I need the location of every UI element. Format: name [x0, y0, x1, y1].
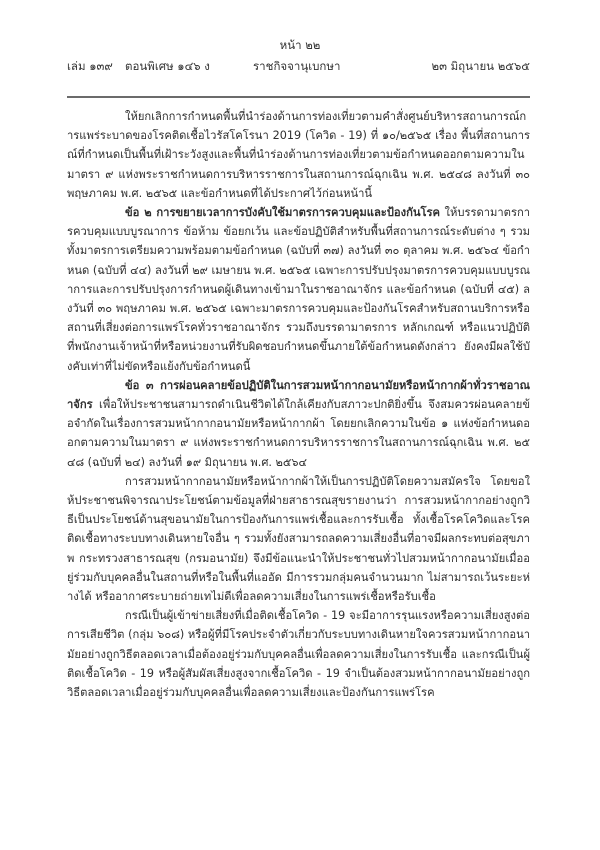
- page-number: หน้า ๒๒: [0, 37, 600, 55]
- paragraph-text: การสวมหน้ากากอนามัยหรือหน้ากากผ้าให้เป็น…: [67, 475, 530, 603]
- paragraph-text: ให้ยกเลิกการกำหนดพื้นที่นำร่องด้านการท่อ…: [67, 110, 530, 200]
- clause-3: ข้อ ๓ การผ่อนคลายข้อปฏิบัติในการสวมหน้าก…: [67, 376, 530, 472]
- clause-heading: ข้อ ๒ การขยายเวลาการบังคับใช้มาตรการควบค…: [125, 206, 440, 219]
- paragraph-mask-voluntary: การสวมหน้ากากอนามัยหรือหน้ากากผ้าให้เป็น…: [67, 472, 530, 606]
- volume-label: เล่ม ๑๓๙: [67, 58, 113, 76]
- paragraph-high-risk: กรณีเป็นผู้เข้าข่ายเสี่ยงที่เมื่อติดเชื้…: [67, 606, 530, 702]
- publication-date: ๒๓ มิถุนายน ๒๕๖๕: [431, 58, 530, 76]
- publication-name: ราชกิจจานุเบกษา: [253, 58, 340, 76]
- header-divider: [67, 96, 530, 98]
- clause-2: ข้อ ๒ การขยายเวลาการบังคับใช้มาตรการควบค…: [67, 203, 530, 376]
- gazette-header: เล่ม ๑๓๙ ตอนพิเศษ ๑๔๖ ง ราชกิจจานุเบกษา …: [67, 58, 530, 76]
- paragraph-text: กรณีเป็นผู้เข้าข่ายเสี่ยงที่เมื่อติดเชื้…: [67, 609, 530, 699]
- issue-label: ตอนพิเศษ ๑๔๖ ง: [125, 58, 210, 76]
- paragraph-revocation: ให้ยกเลิกการกำหนดพื้นที่นำร่องด้านการท่อ…: [67, 107, 530, 203]
- document-body: ให้ยกเลิกการกำหนดพื้นที่นำร่องด้านการท่อ…: [67, 107, 530, 702]
- clause-text: เพื่อให้ประชาชนสามารถดำเนินชีวิตได้ใกล้เ…: [67, 398, 530, 469]
- clause-text: ให้บรรดามาตรการควบคุมแบบบูรณาการ ข้อห้าม…: [67, 206, 530, 373]
